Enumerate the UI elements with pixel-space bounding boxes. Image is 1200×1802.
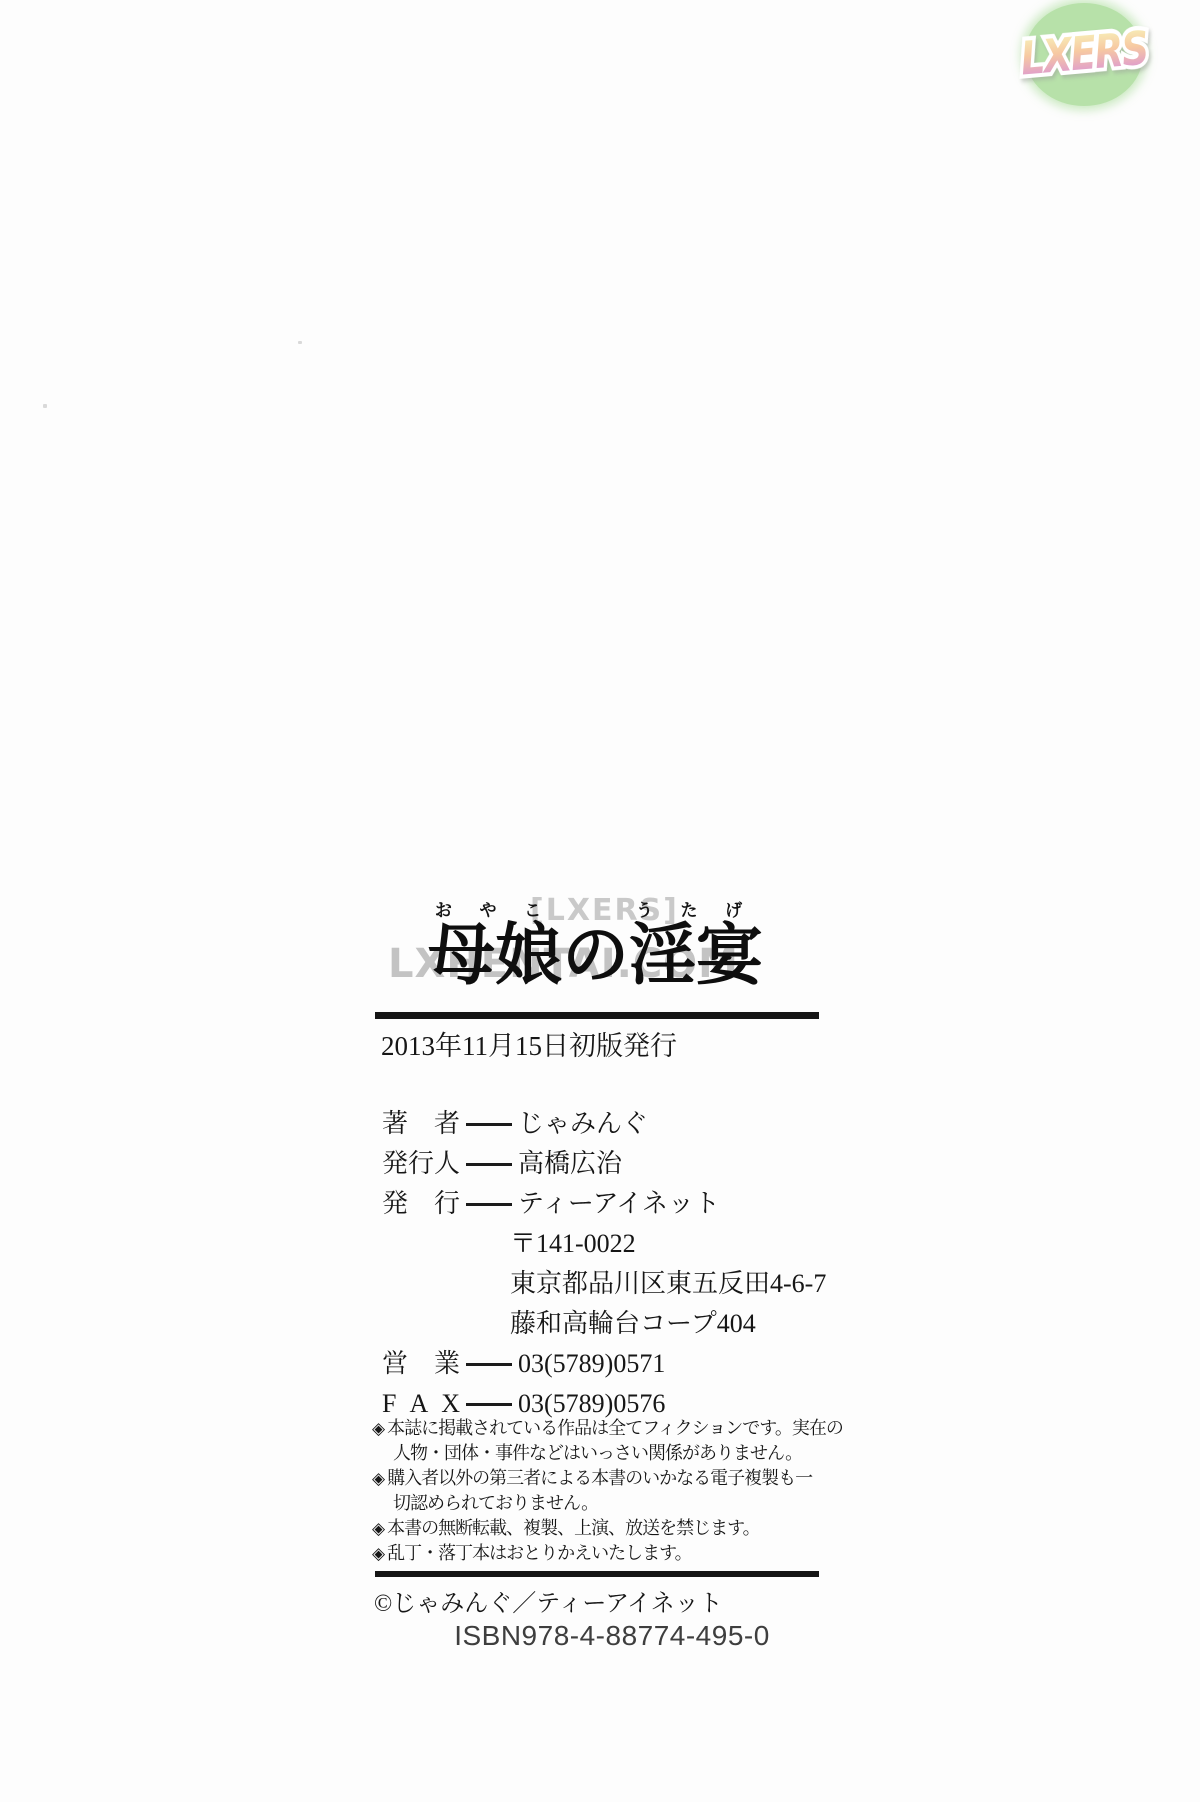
colophon-page: LXERS LXERS [LXERS] LXHENTAI.COM 母娘おやこの淫… <box>0 0 1200 1802</box>
publisher-person-row: 発行人高橋広治 <box>382 1144 826 1184</box>
notice-text: 人物・団体・事件などはいっさい関係がありません。 <box>393 1443 802 1463</box>
publication-info: 著 者じゃみんぐ 発行人高橋広治 発 行ティーアイネット 〒141-0022 東… <box>382 1104 826 1424</box>
leader-dash <box>466 1403 512 1406</box>
author-label: 著 者 <box>382 1104 460 1144</box>
sales-phone-row: 営 業03(5789)0571 <box>382 1344 826 1384</box>
title-particle: の <box>562 919 629 993</box>
notice-text: 乱丁・落丁本はおとりかえいたします。 <box>387 1543 692 1563</box>
author-row: 著 者じゃみんぐ <box>382 1104 826 1144</box>
leader-dash <box>466 1163 512 1166</box>
legal-notices: ◈本誌に掲載されている作品は全てフィクションです。実在の 人物・団体・事件などは… <box>372 1416 843 1566</box>
sales-phone-value: 03(5789)0571 <box>518 1349 665 1378</box>
logo-text-fill: LXERS <box>1018 20 1149 85</box>
lxers-logo-badge: LXERS LXERS <box>1025 3 1143 106</box>
publisher-person-value: 高橋広治 <box>518 1149 622 1178</box>
notice-text: 購入者以外の第三者による本書のいかなる電子複製も一 <box>387 1468 812 1488</box>
notice-text: 本書の無断転載、複製、上演、放送を禁じます。 <box>387 1518 760 1538</box>
title-divider-rule <box>375 1012 819 1019</box>
edition-date: 2013年11月15日初版発行 <box>381 1024 677 1063</box>
isbn-number: ISBN978-4-88774-495-0 <box>24 1620 1200 1652</box>
fax-value: 03(5789)0576 <box>518 1389 665 1418</box>
address-line-1: 東京都品川区東五反田4-6-7 <box>510 1264 826 1304</box>
notice-text: 切認められておりません。 <box>393 1493 598 1513</box>
scan-speck <box>43 404 47 408</box>
logo-text: LXERS LXERS <box>1019 24 1149 81</box>
leader-dash <box>466 1363 512 1366</box>
postal-code: 〒141-0022 <box>510 1224 826 1264</box>
leader-dash <box>466 1203 512 1206</box>
publisher-person-label: 発行人 <box>382 1144 460 1184</box>
copyright-line: ©じゃみんぐ／ティーアイネット <box>374 1583 723 1618</box>
notice-reprint: ◈本書の無断転載、複製、上演、放送を禁じます。 <box>372 1516 843 1541</box>
author-value: じゃみんぐ <box>518 1109 648 1138</box>
notice-defective: ◈乱丁・落丁本はおとりかえいたします。 <box>372 1541 843 1566</box>
publisher-label: 発 行 <box>382 1184 460 1224</box>
title-base-2: 淫宴 <box>629 919 763 993</box>
diamond-bullet-icon: ◈ <box>372 1544 385 1563</box>
sales-label: 営 業 <box>382 1344 460 1384</box>
title-furigana-1: おやこ <box>428 901 562 920</box>
publisher-value: ティーアイネット <box>518 1189 720 1218</box>
scan-speck <box>298 341 302 344</box>
notice-fiction-line-1: ◈本誌に掲載されている作品は全てフィクションです。実在の <box>372 1416 843 1441</box>
diamond-bullet-icon: ◈ <box>372 1419 385 1438</box>
notice-fiction-line-2: 人物・団体・事件などはいっさい関係がありません。 <box>393 1441 843 1466</box>
notice-text: 本誌に掲載されている作品は全てフィクションです。実在の <box>387 1418 843 1438</box>
address-line-2: 藤和高輪台コープ404 <box>510 1304 826 1344</box>
book-title: 母娘おやこの淫宴うたげ <box>428 901 763 990</box>
notice-copy-line-2: 切認められておりません。 <box>393 1491 843 1516</box>
title-word-2: 淫宴うたげ <box>629 919 763 993</box>
diamond-bullet-icon: ◈ <box>372 1469 385 1488</box>
leader-dash <box>466 1123 512 1126</box>
footer-divider-rule <box>375 1571 819 1577</box>
notice-copy-line-1: ◈購入者以外の第三者による本書のいかなる電子複製も一 <box>372 1466 843 1491</box>
title-word-1: 母娘おやこ <box>428 919 562 993</box>
title-base-1: 母娘 <box>428 919 562 993</box>
title-furigana-2: うたげ <box>629 901 763 920</box>
diamond-bullet-icon: ◈ <box>372 1519 385 1538</box>
publisher-row: 発 行ティーアイネット <box>382 1184 826 1224</box>
